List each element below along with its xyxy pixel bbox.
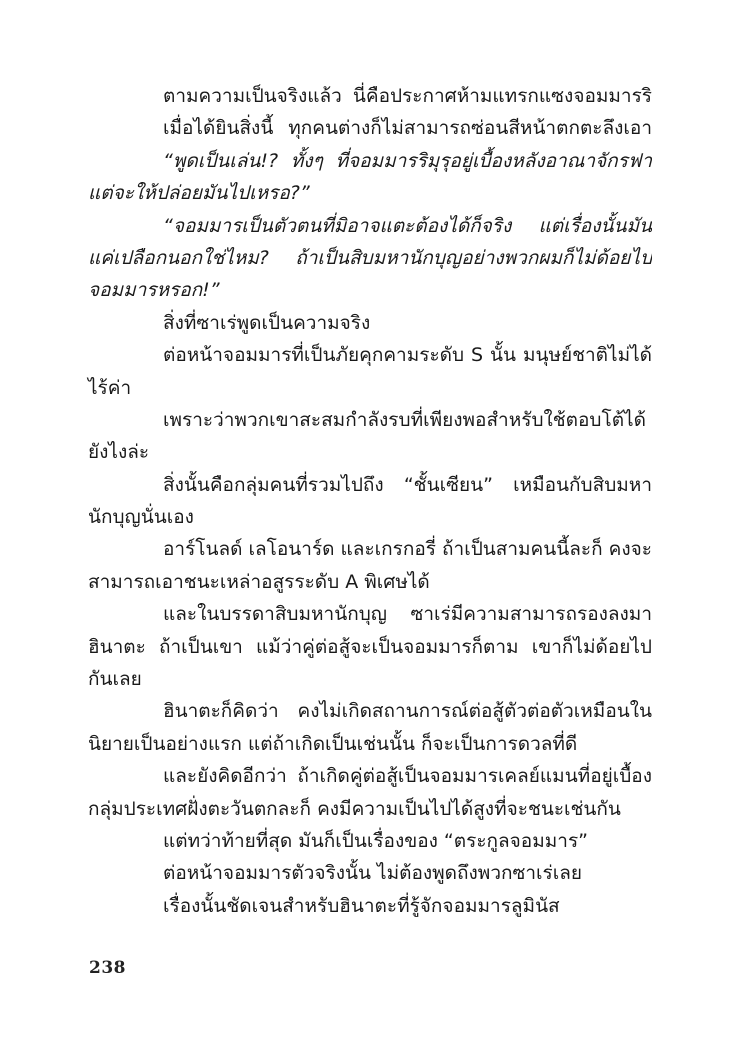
text-line: ยังไงล่ะ — [88, 436, 652, 468]
text-line: สิ่งนั้นคือกลุ่มคนที่รวมไปถึง “ชั้นเซียน… — [88, 469, 652, 501]
text-line: กันเลย — [88, 663, 652, 695]
dialogue-line: จอมมารหรอก!” — [88, 274, 652, 306]
text-line: กลุ่มประเทศฝั่งตะวันตกละก็ คงมีความเป็นไ… — [88, 793, 652, 825]
book-page: ตามความเป็นจริงแล้ว นี่คือประกาศห้ามแทรก… — [0, 0, 738, 1051]
text-line: ตามความเป็นจริงแล้ว นี่คือประกาศห้ามแทรก… — [88, 80, 652, 112]
text-line: ต่อหน้าจอมมารที่เป็นภัยคุกคามระดับ S นั้… — [88, 339, 652, 371]
text-line: และยังคิดอีกว่า ถ้าเกิดคู่ต่อสู้เป็นจอมม… — [88, 760, 652, 792]
text-line: สิ่งที่ซาเร่พูดเป็นความจริง — [88, 307, 652, 339]
text-line: เมื่อได้ยินสิ่งนี้ ทุกคนต่างก็ไม่สามารถซ… — [88, 112, 652, 144]
text-line: สามารถเอาชนะเหล่าอสูรระดับ A พิเศษได้ — [88, 566, 652, 598]
dialogue-line: “จอมมารเป็นตัวตนที่มิอาจแตะต้องได้ก็จริง… — [88, 210, 652, 242]
dialogue-line: แต่จะให้ปล่อยมันไปเหรอ?” — [88, 177, 652, 209]
text-line: อาร์โนลด์ เลโอนาร์ด และเกรกอรี่ ถ้าเป็นส… — [88, 533, 652, 565]
text-line: นักบุญนั่นเอง — [88, 501, 652, 533]
text-line: เรื่องนั้นชัดเจนสำหรับฮินาตะที่รู้จักจอม… — [88, 890, 652, 922]
text-line: ต่อหน้าจอมมารตัวจริงนั้น ไม่ต้องพูดถึงพว… — [88, 857, 652, 889]
text-line: นิยายเป็นอย่างแรก แต่ถ้าเกิดเป็นเช่นนั้น… — [88, 728, 652, 760]
page-number: 238 — [89, 958, 126, 978]
text-line: ฮินาตะ ถ้าเป็นเขา แม้ว่าคู่ต่อสู้จะเป็นจ… — [88, 631, 652, 663]
text-line: เพราะว่าพวกเขาสะสมกำลังรบที่เพียงพอสำหรั… — [88, 404, 652, 436]
text-line: ไร้ค่า — [88, 372, 652, 404]
text-line: และในบรรดาสิบมหานักบุญ ซาเร่มีความสามารถ… — [88, 598, 652, 630]
text-line: ฮินาตะก็คิดว่า คงไม่เกิดสถานการณ์ต่อสู้ต… — [88, 695, 652, 727]
body-text: ตามความเป็นจริงแล้ว นี่คือประกาศห้ามแทรก… — [88, 80, 652, 922]
dialogue-line: แค่เปลือกนอกใช่ไหม? ถ้าเป็นสิบมหานักบุญอ… — [88, 242, 652, 274]
dialogue-line: “พูดเป็นเล่น!? ทั้งๆ ที่จอมมารริมุรุอยู่… — [88, 145, 652, 177]
text-line: แต่ทว่าท้ายที่สุด มันก็เป็นเรื่องของ “ตร… — [88, 825, 652, 857]
